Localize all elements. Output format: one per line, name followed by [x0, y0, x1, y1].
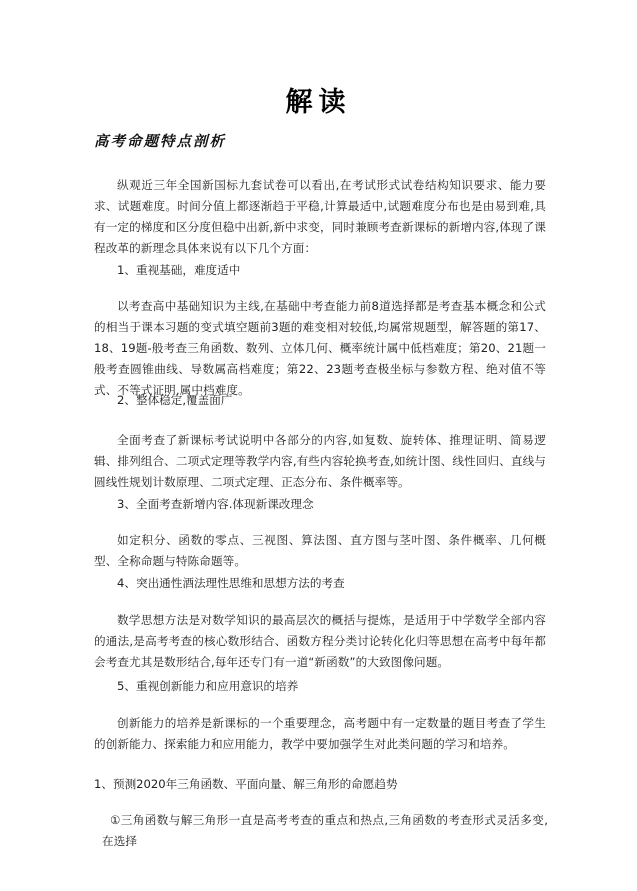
document-title: 解读	[0, 80, 637, 119]
point-heading-5: 5、重视创新能力和应用意识的培养	[117, 677, 298, 695]
point-body-5: 创新能力的培养是新课标的一个重要理念，高考题中有一定数量的题目考查了学生的创新能…	[94, 713, 546, 755]
point-body-3: 如定积分、函数的零点、三视图、算法图、直方图与茎叶图、条件概率、几何概型、全称命…	[94, 530, 546, 572]
point-body-2: 全面考查了新课标考试说明中各部分的内容,如复数、旋转体、推理证明、简易逻辑、排列…	[94, 430, 546, 493]
point-body-4: 数学思想方法是对数学知识的最高层次的概括与提炼，是适用于中学数学全部内容的通法,…	[94, 610, 546, 673]
trend-heading: 1、预测2020年三角函数、平面向量、解三角形的命愿趋势	[94, 775, 398, 793]
point-heading-3: 3、全面考查新增内容.体现新课改理念	[117, 495, 314, 513]
intro-paragraph: 纵观近三年全国新国标九套试卷可以看出,在考试形式试卷结构知识要求、能力要求、试题…	[94, 175, 546, 259]
section-heading: 高考命题特点剖析	[94, 130, 226, 151]
point-body-1: 以考查高中基础知识为主线,在基础中考查能力前8道选择都是考查基本概念和公式的相当…	[94, 296, 546, 401]
document-page: 解读 高考命题特点剖析 纵观近三年全国新国标九套试卷可以看出,在考试形式试卷结构…	[0, 0, 637, 891]
point-heading-4: 4、突出通性酒法理性思维和思想方法的考查	[117, 574, 345, 592]
point-heading-2: 2、整体稳定,覆盖面广	[117, 391, 232, 409]
point-heading-1: 1、重视基础，难度适中	[117, 261, 240, 279]
trend-body: ①三角函数与解三角形一直是高考考查的重点和热点,三角函数的考查形式灵活多变,在选…	[102, 810, 548, 852]
